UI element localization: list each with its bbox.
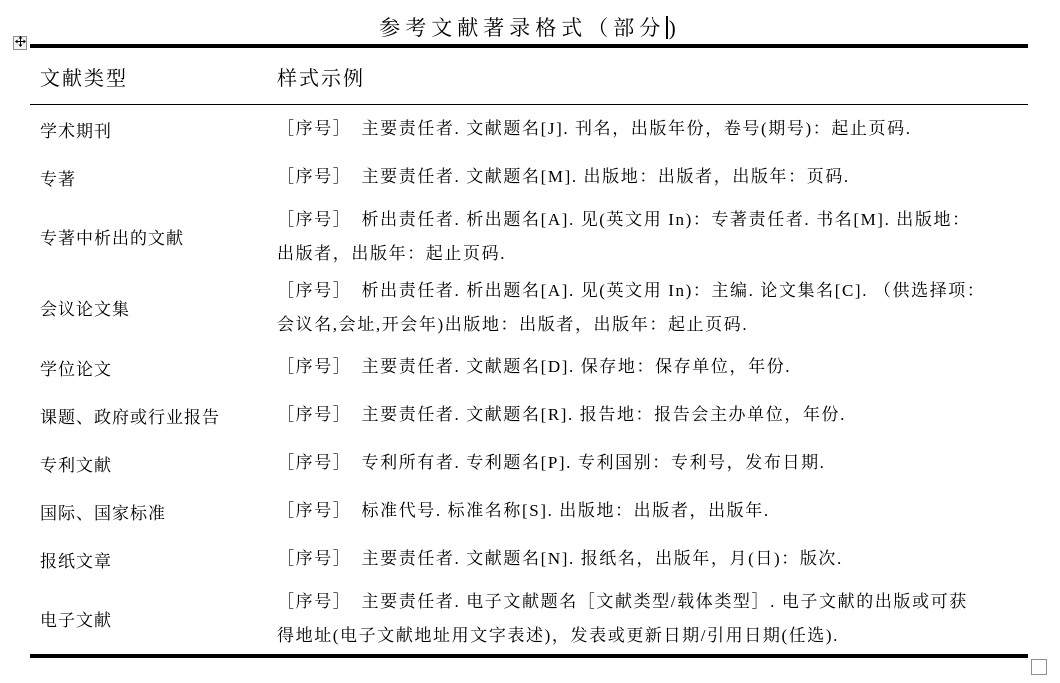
- example-cell[interactable]: ［序号］ 主要责任者. 电子文献题名［文献类型/载体类型］. 电子文献的出版或可…: [277, 585, 1028, 653]
- example-line[interactable]: ［序号］ 主要责任者. 电子文献题名［文献类型/载体类型］. 电子文献的出版或可…: [277, 585, 1028, 619]
- example-line[interactable]: ［序号］ 专利所有者. 专利题名[P]. 专利国别：专利号，发布日期.: [277, 446, 1028, 480]
- example-cell[interactable]: ［序号］ 主要责任者. 文献题名[R]. 报告地：报告会主办单位，年份.: [277, 398, 1028, 432]
- table-row: 报纸文章 ［序号］ 主要责任者. 文献题名[N]. 报纸名，出版年，月(日)：版…: [30, 535, 1028, 583]
- example-cell[interactable]: ［序号］ 专利所有者. 专利题名[P]. 专利国别：专利号，发布日期.: [277, 446, 1028, 480]
- example-cell[interactable]: ［序号］ 标准代号. 标准名称[S]. 出版地：出版者，出版年.: [277, 494, 1028, 528]
- example-line[interactable]: ［序号］ 析出责任者. 析出题名[A]. 见(英文用 In)：主编. 论文集名[…: [277, 274, 1028, 308]
- document-page: 参考文献著录格式（部分) 文献类型 样式示例 学术期刊 ［序号］ 主要责任者. …: [0, 0, 1060, 683]
- example-line[interactable]: ［序号］ 主要责任者. 文献题名[N]. 报纸名，出版年，月(日)：版次.: [277, 542, 1028, 576]
- doc-type-cell[interactable]: 报纸文章: [30, 547, 277, 572]
- example-cell[interactable]: ［序号］ 主要责任者. 文献题名[J]. 刊名，出版年份，卷号(期号)：起止页码…: [277, 112, 1028, 146]
- doc-type-cell[interactable]: 专著: [30, 165, 277, 190]
- table-resize-handle[interactable]: [1031, 659, 1047, 675]
- example-line[interactable]: ［序号］ 主要责任者. 文献题名[M]. 出版地：出版者，出版年：页码.: [277, 160, 1028, 194]
- example-line[interactable]: 会议名,会址,开会年)出版地：出版者，出版年：起止页码.: [277, 308, 1028, 342]
- table-row: 专著中析出的文献 ［序号］ 析出责任者. 析出题名[A]. 见(英文用 In)：…: [30, 201, 1028, 272]
- doc-type-cell[interactable]: 学术期刊: [30, 117, 277, 142]
- example-cell[interactable]: ［序号］ 析出责任者. 析出题名[A]. 见(英文用 In)：专著责任者. 书名…: [277, 203, 1028, 271]
- table-row: 国际、国家标准 ［序号］ 标准代号. 标准名称[S]. 出版地：出版者，出版年.: [30, 487, 1028, 535]
- doc-type-cell[interactable]: 会议论文集: [30, 295, 277, 320]
- doc-type-cell[interactable]: 专著中析出的文献: [30, 224, 277, 249]
- table-row: 会议论文集 ［序号］ 析出责任者. 析出题名[A]. 见(英文用 In)：主编.…: [30, 272, 1028, 343]
- document-title[interactable]: 参考文献著录格式（部分): [0, 12, 1060, 42]
- doc-type-cell[interactable]: 课题、政府或行业报告: [30, 403, 277, 428]
- doc-type-cell[interactable]: 学位论文: [30, 355, 277, 380]
- example-line[interactable]: ［序号］ 主要责任者. 文献题名[D]. 保存地：保存单位，年份.: [277, 350, 1028, 384]
- example-line[interactable]: ［序号］ 标准代号. 标准名称[S]. 出版地：出版者，出版年.: [277, 494, 1028, 528]
- table-row: 电子文献 ［序号］ 主要责任者. 电子文献题名［文献类型/载体类型］. 电子文献…: [30, 583, 1028, 654]
- doc-type-cell[interactable]: 电子文献: [30, 606, 277, 631]
- table-row: 专利文献 ［序号］ 专利所有者. 专利题名[P]. 专利国别：专利号，发布日期.: [30, 439, 1028, 487]
- example-cell[interactable]: ［序号］ 主要责任者. 文献题名[N]. 报纸名，出版年，月(日)：版次.: [277, 542, 1028, 576]
- doc-type-cell[interactable]: 国际、国家标准: [30, 499, 277, 524]
- doc-type-cell[interactable]: 专利文献: [30, 451, 277, 476]
- text-cursor: [666, 16, 668, 39]
- example-cell[interactable]: ［序号］ 主要责任者. 文献题名[M]. 出版地：出版者，出版年：页码.: [277, 160, 1028, 194]
- table-row: 学位论文 ［序号］ 主要责任者. 文献题名[D]. 保存地：保存单位，年份.: [30, 343, 1028, 391]
- example-line[interactable]: ［序号］ 主要责任者. 文献题名[J]. 刊名，出版年份，卷号(期号)：起止页码…: [277, 112, 1028, 146]
- example-line[interactable]: ［序号］ 主要责任者. 文献题名[R]. 报告地：报告会主办单位，年份.: [277, 398, 1028, 432]
- example-line[interactable]: 出版者，出版年：起止页码.: [277, 237, 1028, 271]
- table-move-handle[interactable]: [13, 36, 27, 50]
- table-row: 课题、政府或行业报告 ［序号］ 主要责任者. 文献题名[R]. 报告地：报告会主…: [30, 391, 1028, 439]
- example-cell[interactable]: ［序号］ 主要责任者. 文献题名[D]. 保存地：保存单位，年份.: [277, 350, 1028, 384]
- example-line[interactable]: 得地址(电子文献地址用文字表述)，发表或更新日期/引用日期(任选).: [277, 619, 1028, 653]
- table-header-row: 文献类型 样式示例: [30, 48, 1028, 105]
- table-row: 专著 ［序号］ 主要责任者. 文献题名[M]. 出版地：出版者，出版年：页码.: [30, 153, 1028, 201]
- title-text-suffix[interactable]: ): [669, 16, 681, 40]
- references-table: 文献类型 样式示例 学术期刊 ［序号］ 主要责任者. 文献题名[J]. 刊名，出…: [30, 44, 1028, 658]
- title-text[interactable]: 参考文献著录格式（部分: [379, 16, 665, 40]
- table-row: 学术期刊 ［序号］ 主要责任者. 文献题名[J]. 刊名，出版年份，卷号(期号)…: [30, 105, 1028, 153]
- example-cell[interactable]: ［序号］ 析出责任者. 析出题名[A]. 见(英文用 In)：主编. 论文集名[…: [277, 274, 1028, 342]
- header-doc-type[interactable]: 文献类型: [30, 62, 277, 91]
- example-line[interactable]: ［序号］ 析出责任者. 析出题名[A]. 见(英文用 In)：专著责任者. 书名…: [277, 203, 1028, 237]
- table-move-handle-icon: [15, 34, 26, 52]
- header-style-example[interactable]: 样式示例: [277, 62, 1028, 91]
